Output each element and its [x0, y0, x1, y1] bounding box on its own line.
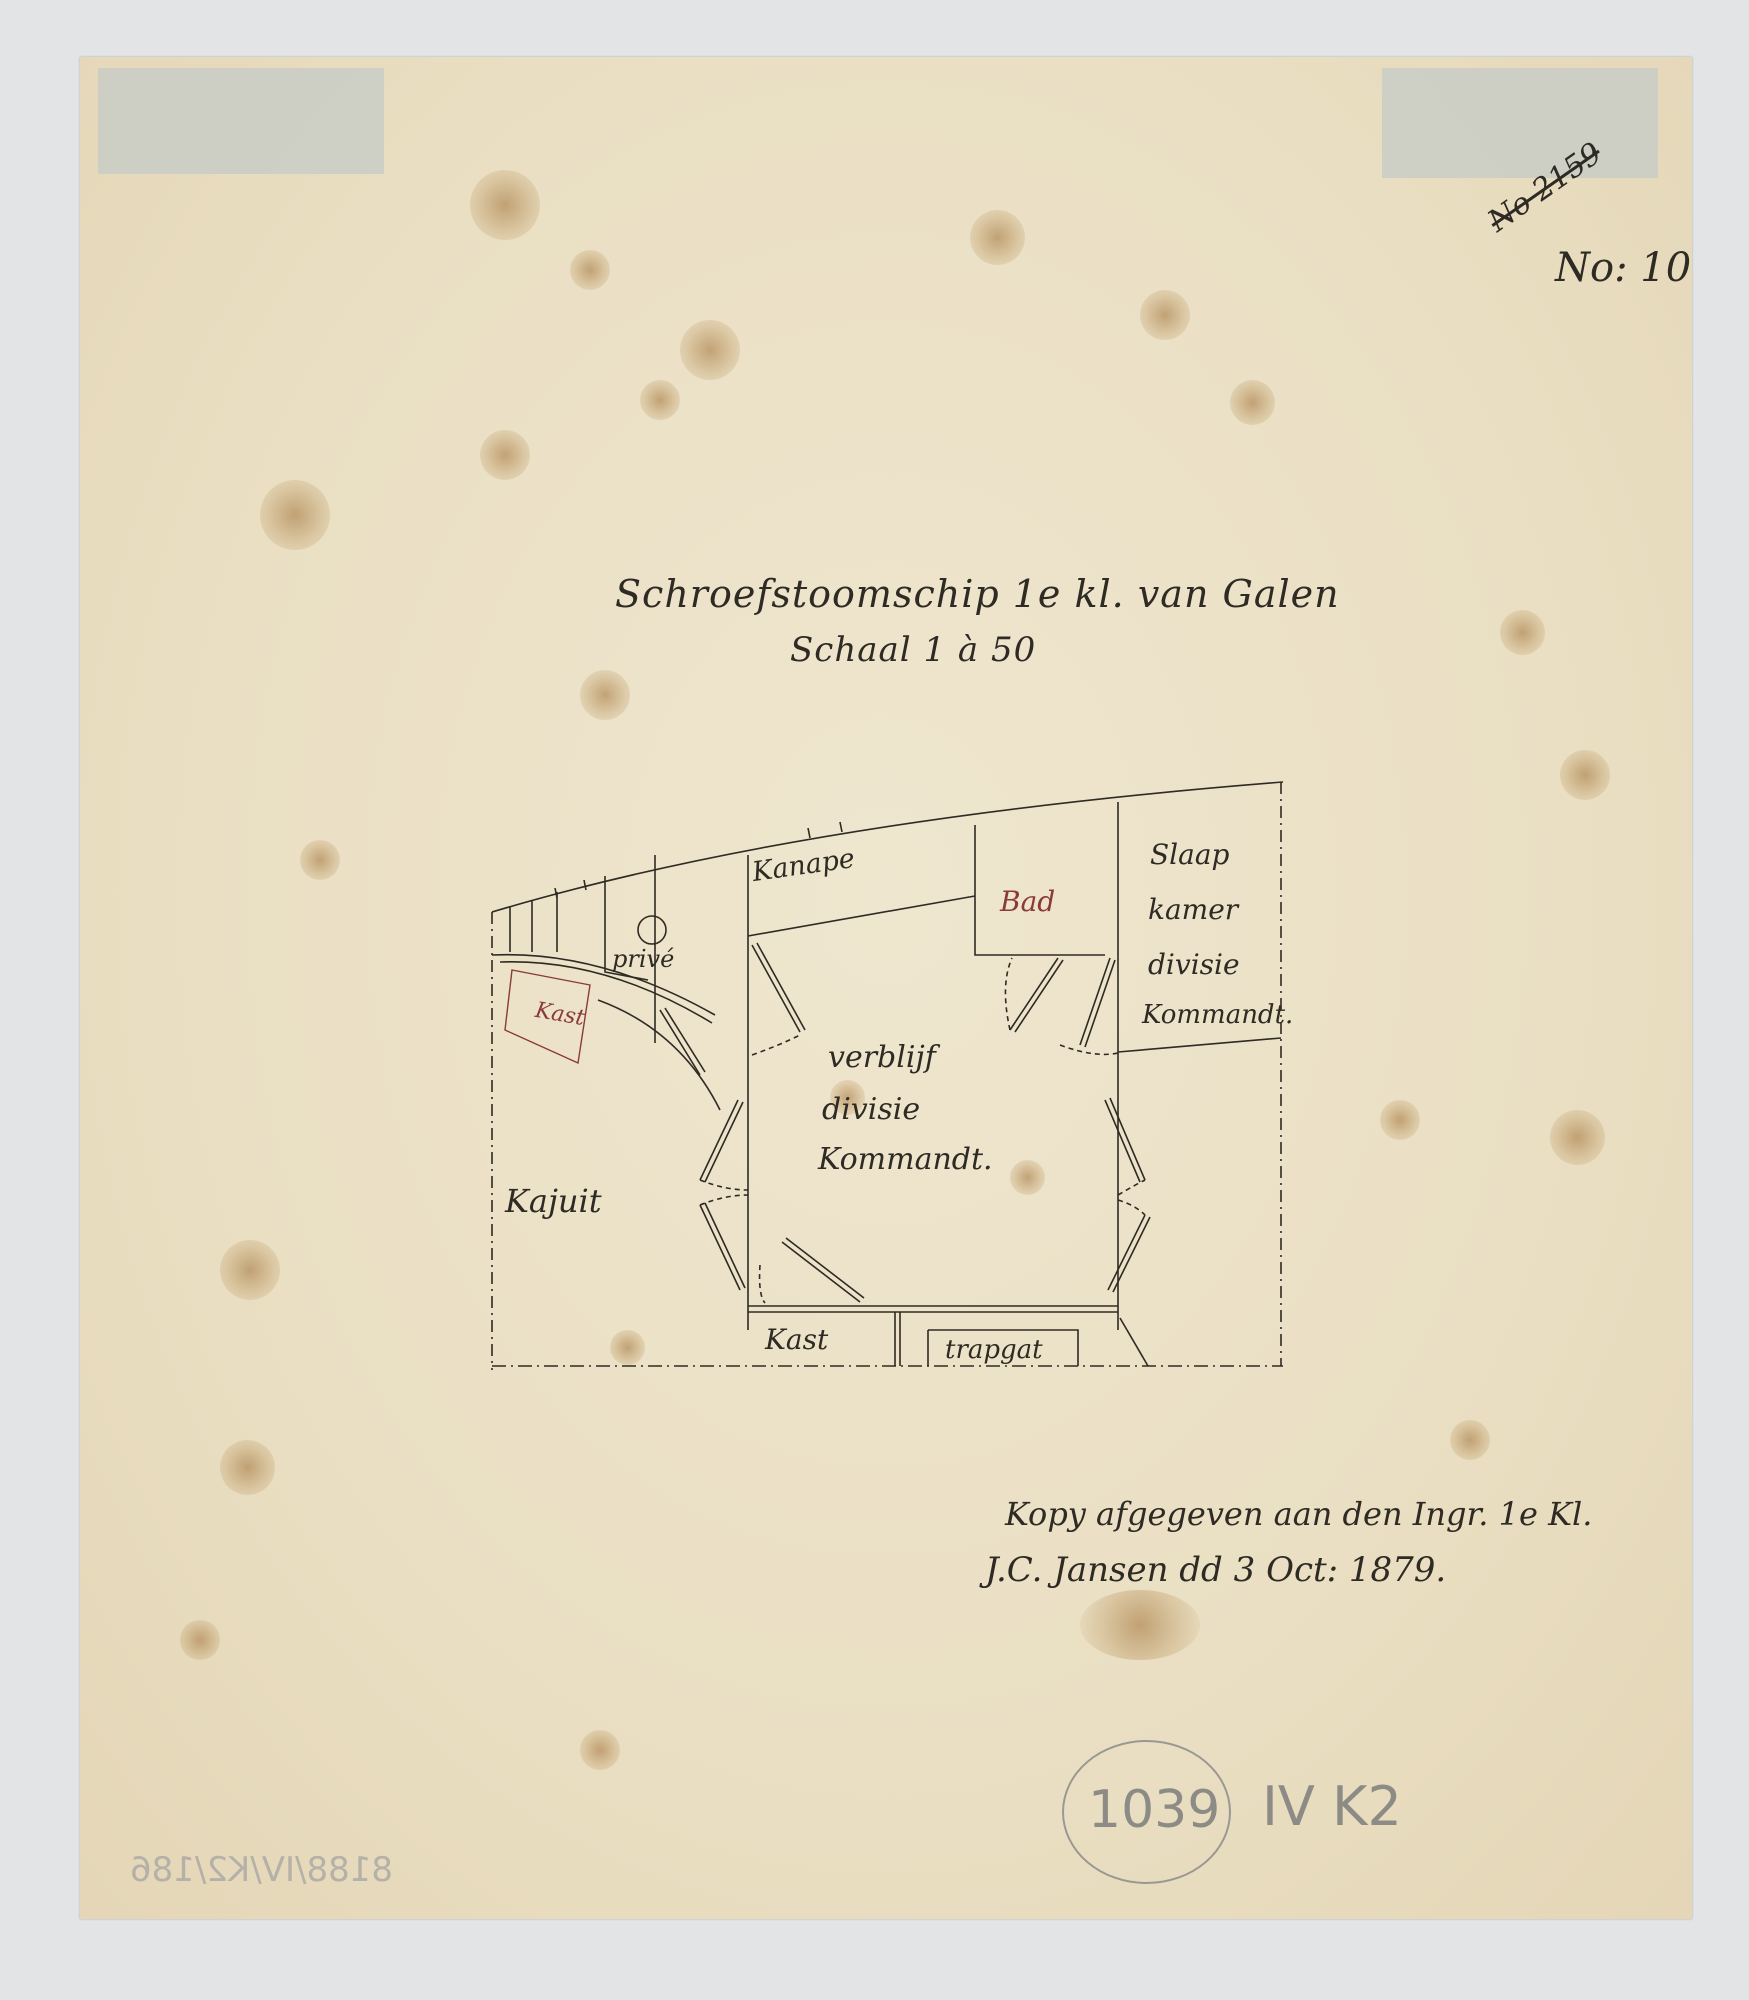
label-kommandt: Kommandt. [818, 1142, 993, 1177]
label-kommandt-slaap: Kommandt. [1142, 1000, 1293, 1030]
label-prive: privé [612, 945, 674, 973]
pencil-circled-number: 1039 [1088, 1780, 1220, 1840]
pencil-mirrored-note: 8188/IV/K2/186 [130, 1850, 393, 1890]
label-trapgat: trapgat [945, 1335, 1043, 1365]
label-divisie-slaap: divisie [1148, 948, 1240, 981]
label-kamer: kamer [1148, 893, 1238, 926]
label-slaap: Slaap [1150, 838, 1229, 871]
floor-plan-drawing [0, 0, 1749, 2000]
pencil-class: IV K2 [1262, 1775, 1402, 1838]
copy-note-line1: Kopy afgegeven aan den Ingr. 1e Kl. [1005, 1495, 1592, 1533]
label-bad: Bad [1000, 885, 1055, 918]
label-kajuit: Kajuit [505, 1182, 602, 1220]
label-divisie: divisie [822, 1092, 920, 1127]
copy-note-line2: J.C. Jansen dd 3 Oct: 1879. [985, 1550, 1446, 1590]
label-kast: Kast [765, 1323, 828, 1356]
label-verblijf: verblijf [828, 1040, 936, 1075]
